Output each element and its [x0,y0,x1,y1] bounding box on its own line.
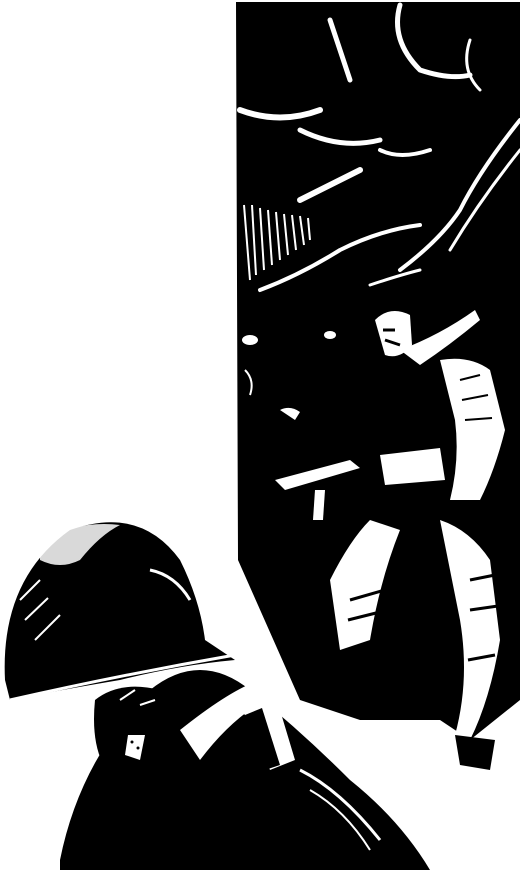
woodcut-illustration [0,0,524,875]
